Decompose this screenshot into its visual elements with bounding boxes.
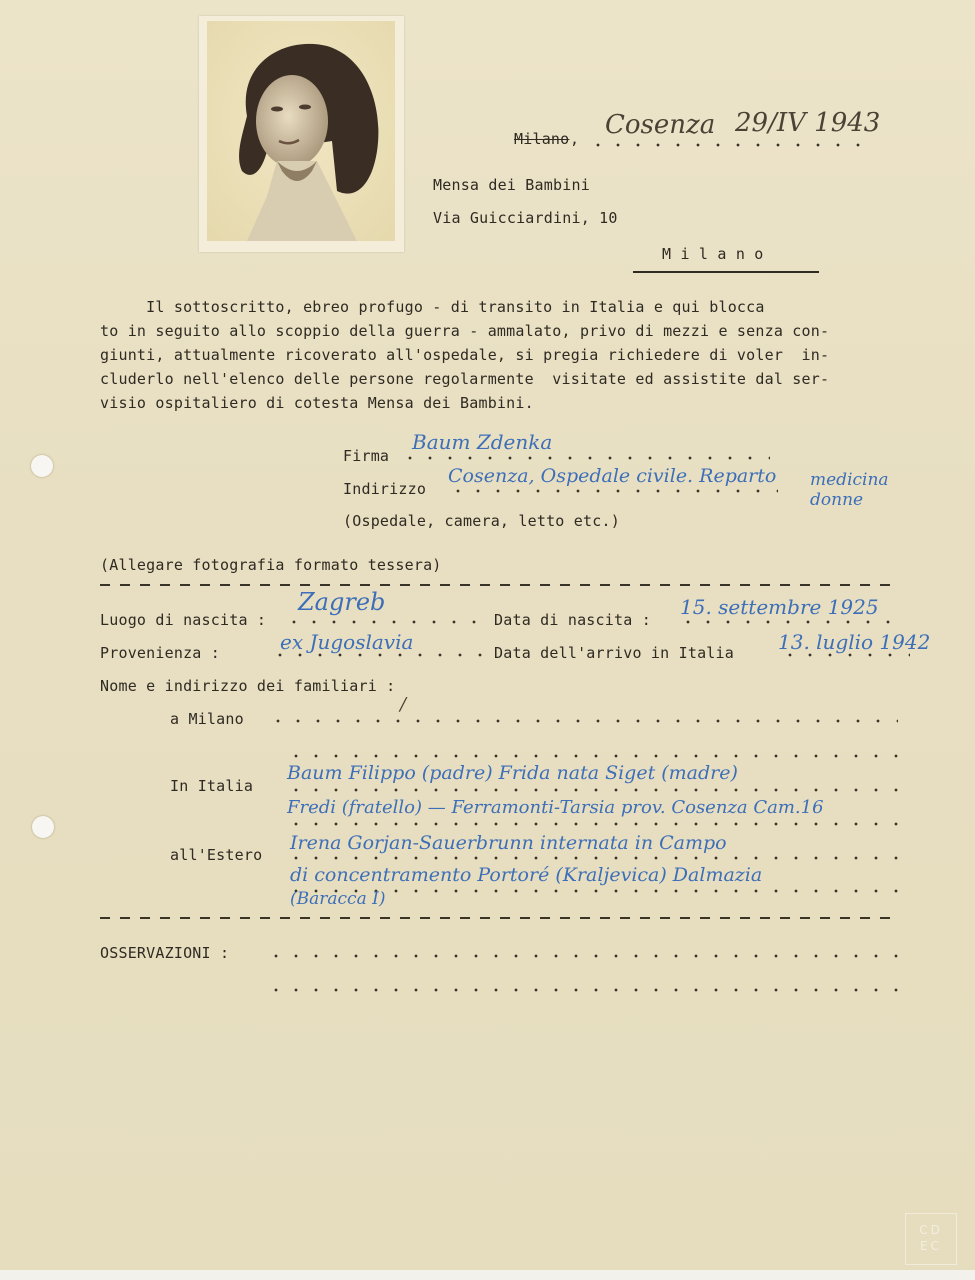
date-dotted-line xyxy=(588,143,860,147)
indirizzo-hint: (Ospedale, camera, letto etc.) xyxy=(343,512,620,530)
separator-bottom xyxy=(100,917,900,919)
place-printed-struck: Milano xyxy=(514,130,569,148)
firma-dotted-line xyxy=(400,456,770,460)
photo-note: (Allegare fotografia formato tessera) xyxy=(100,556,442,574)
milano-label: a Milano xyxy=(170,710,244,728)
arrivo-value: 13. luglio 1942 xyxy=(778,630,930,654)
familiari-label: Nome e indirizzo dei familiari : xyxy=(100,677,395,695)
family-dotted-line-2 xyxy=(286,754,898,758)
estero-label: all'Estero xyxy=(170,846,262,864)
estero-value-3: (Baracca I) xyxy=(290,889,385,909)
photo-mount xyxy=(199,16,404,252)
punch-hole-top xyxy=(31,455,53,477)
arrivo-label: Data dell'arrivo in Italia xyxy=(494,644,734,662)
estero-value-2: di concentramento Portoré (Kraljevica) D… xyxy=(290,864,762,886)
estero-value-1: Irena Gorjan-Sauerbrunn internata in Cam… xyxy=(290,832,727,854)
estero-dotted-line xyxy=(286,856,898,860)
italia-dotted-line-2 xyxy=(286,822,898,826)
data-nascita-value: 15. settembre 1925 xyxy=(680,595,879,619)
firma-label: Firma xyxy=(343,447,389,465)
milano-value: / xyxy=(400,694,406,715)
body-line-5: visio ospitaliero di cotesta Mensa dei B… xyxy=(100,394,534,412)
provenienza-value: ex Jugoslavia xyxy=(280,630,413,654)
milano-dotted-line xyxy=(268,719,898,723)
archive-watermark: CD EC xyxy=(905,1213,957,1265)
comma: , xyxy=(570,130,579,148)
data-nascita-label: Data di nascita : xyxy=(494,611,651,629)
separator-top xyxy=(100,584,900,586)
osservazioni-dotted-line-1 xyxy=(266,954,898,958)
recipient-street: Via Guicciardini, 10 xyxy=(433,209,618,227)
watermark-line-2: EC xyxy=(906,1238,956,1254)
body-line-3: giunti, attualmente ricoverato all'osped… xyxy=(100,346,829,364)
body-line-2: to in seguito allo scoppio della guerra … xyxy=(100,322,829,340)
italia-value-1: Baum Filippo (padre) Frida nata Siget (m… xyxy=(287,762,738,784)
indirizzo-label: Indirizzo xyxy=(343,480,426,498)
body-line-1: Il sottoscritto, ebreo profugo - di tran… xyxy=(100,298,765,316)
italia-value-2: Fredi (fratello) — Ferramonti-Tarsia pro… xyxy=(287,797,824,818)
data-nascita-dotted-line xyxy=(678,620,898,624)
date-handwritten: 29/IV 1943 xyxy=(735,108,880,138)
indirizzo-dotted-line xyxy=(448,489,778,493)
scan-bottom-edge xyxy=(0,1270,975,1280)
osservazioni-label: OSSERVAZIONI : xyxy=(100,944,229,962)
provenienza-label: Provenienza : xyxy=(100,644,220,662)
italia-dotted-line xyxy=(286,788,898,792)
italia-label: In Italia xyxy=(170,777,253,795)
document-page: Milano , Cosenza 29/IV 1943 Mensa dei Ba… xyxy=(0,0,975,1270)
body-line-4: cluderlo nell'elenco delle persone regol… xyxy=(100,370,829,388)
firma-value: Baum Zdenka xyxy=(412,430,552,454)
place-handwritten: Cosenza xyxy=(605,110,715,140)
city-underline xyxy=(633,271,819,273)
recipient-city: M i l a n o xyxy=(662,245,764,263)
luogo-value: Zagreb xyxy=(298,588,385,616)
indirizzo-value-extra: medicina donne xyxy=(810,470,889,510)
luogo-label: Luogo di nascita : xyxy=(100,611,266,629)
luogo-dotted-line xyxy=(284,620,484,624)
portrait-photo xyxy=(207,21,395,241)
osservazioni-dotted-line-2 xyxy=(266,988,898,992)
portrait-icon xyxy=(207,21,395,241)
indirizzo-value: Cosenza, Ospedale civile. Reparto xyxy=(448,465,776,487)
watermark-line-1: CD xyxy=(906,1222,956,1238)
recipient-name: Mensa dei Bambini xyxy=(433,176,590,194)
punch-hole-bottom xyxy=(32,816,54,838)
